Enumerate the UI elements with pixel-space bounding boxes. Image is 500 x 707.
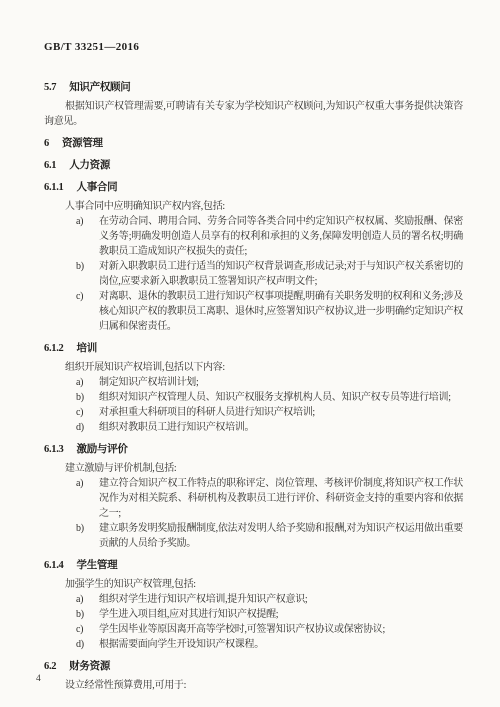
section-number: 6.2 <box>44 659 56 674</box>
section-number: 6.1.1 <box>44 180 64 195</box>
section-title: 培训 <box>77 343 97 354</box>
section-number: 6 <box>44 136 49 151</box>
list-item: b) 建立职务发明奖励报酬制度,依法对发明人给予奖励和报酬,对为知识产权运用做出… <box>44 521 463 551</box>
section-title: 知识产权顾问 <box>69 82 130 93</box>
list-item: b) 组织对知识产权管理人员、知识产权服务支撑机构人员、知识产权专员等进行培训; <box>44 390 463 405</box>
list-item: d) 根据需要面向学生开设知识产权课程。 <box>44 637 463 652</box>
list-item-text: 对新入职教职员工进行适当的知识产权背景调查,形成记录;对于与知识产权关系密切的岗… <box>99 261 463 287</box>
list-item: a) 制定知识产权培训计划; <box>44 375 463 390</box>
list-marker: d) <box>76 420 84 435</box>
list-item: c) 学生因毕业等原因离开高等学校时,可签署知识产权协议或保密协议; <box>44 622 463 637</box>
list-item: d) 组织对教职员工进行知识产权培训。 <box>44 420 463 435</box>
section-title: 资源管理 <box>62 138 103 149</box>
list-personnel-contract: a) 在劳动合同、聘用合同、劳务合同等各类合同中约定知识产权权属、奖励报酬、保密… <box>44 214 463 334</box>
list-marker: b) <box>76 607 84 622</box>
list-marker: a) <box>76 592 83 607</box>
section-heading-5-7: 5.7知识产权顾问 <box>44 80 463 95</box>
list-item: b) 学生进入项目组,应对其进行知识产权提醒; <box>44 607 463 622</box>
list-item: a) 建立符合知识产权工作特点的职称评定、岗位管理、考核评价制度,将知识产权工作… <box>44 476 463 521</box>
list-training: a) 制定知识产权培训计划; b) 组织对知识产权管理人员、知识产权服务支撑机构… <box>44 375 463 435</box>
list-item: c) 对离职、退休的教职员工进行知识产权事项提醒,明确有关职务发明的权利和义务;… <box>44 289 463 334</box>
list-student: a) 组织对学生进行知识产权培训,提升知识产权意识; b) 学生进入项目组,应对… <box>44 592 463 652</box>
section-heading-6-1-2: 6.1.2培训 <box>44 341 463 356</box>
list-marker: a) <box>76 214 83 229</box>
list-marker: c) <box>76 405 83 420</box>
section-heading-6-1: 6.1人力资源 <box>44 158 463 173</box>
list-item: a) 组织对学生进行知识产权培训,提升知识产权意识; <box>44 592 463 607</box>
paragraph-student-intro: 加强学生的知识产权管理,包括: <box>44 577 463 592</box>
list-marker: c) <box>76 289 83 304</box>
list-item-text: 组织对学生进行知识产权培训,提升知识产权意识; <box>99 594 307 605</box>
list-item: b) 对新入职教职员工进行适当的知识产权背景调查,形成记录;对于与知识产权关系密… <box>44 259 463 289</box>
section-title: 财务资源 <box>69 661 110 672</box>
section-number: 6.1 <box>44 158 56 173</box>
section-heading-6-2: 6.2财务资源 <box>44 659 463 674</box>
page-number: 4 <box>36 672 41 687</box>
section-title: 人力资源 <box>69 160 110 171</box>
list-item-text: 建立职务发明奖励报酬制度,依法对发明人给予奖励和报酬,对为知识产权运用做出重要贡… <box>99 523 463 549</box>
section-heading-6: 6资源管理 <box>44 136 463 151</box>
list-marker: d) <box>76 637 84 652</box>
list-item-text: 对离职、退休的教职员工进行知识产权事项提醒,明确有关职务发明的权利和义务;涉及核… <box>99 291 463 332</box>
list-item-text: 制定知识产权培训计划; <box>99 377 198 388</box>
paragraph-ip-advisor: 根据知识产权管理需要,可聘请有关专家为学校知识产权顾问,为知识产权重大事务提供决… <box>44 99 463 129</box>
list-item: a) 在劳动合同、聘用合同、劳务合同等各类合同中约定知识产权权属、奖励报酬、保密… <box>44 214 463 259</box>
list-item-text: 根据需要面向学生开设知识产权课程。 <box>99 639 264 650</box>
section-number: 6.1.2 <box>44 341 64 356</box>
section-heading-6-1-4: 6.1.4学生管理 <box>44 558 463 573</box>
paragraph-incentive-intro: 建立激励与评价机制,包括: <box>44 461 463 476</box>
list-incentive: a) 建立符合知识产权工作特点的职称评定、岗位管理、考核评价制度,将知识产权工作… <box>44 476 463 551</box>
list-item-text: 组织对教职员工进行知识产权培训。 <box>99 422 254 433</box>
section-number: 5.7 <box>44 80 56 95</box>
section-number: 6.1.3 <box>44 442 64 457</box>
paragraph-training-intro: 组织开展知识产权培训,包括以下内容: <box>44 360 463 375</box>
section-title: 激励与评价 <box>77 444 128 455</box>
list-marker: b) <box>76 390 84 405</box>
list-item-text: 学生进入项目组,应对其进行知识产权提醒; <box>99 609 278 620</box>
list-marker: c) <box>76 622 83 637</box>
list-marker: b) <box>76 259 84 274</box>
list-item-text: 建立符合知识产权工作特点的职称评定、岗位管理、考核评价制度,将知识产权工作状况作… <box>99 478 463 519</box>
paragraph-budget-intro: 设立经常性预算费用,可用于: <box>44 678 463 693</box>
list-marker: a) <box>76 476 83 491</box>
list-marker: b) <box>76 521 84 536</box>
list-marker: a) <box>76 375 83 390</box>
list-item-text: 组织对知识产权管理人员、知识产权服务支撑机构人员、知识产权专员等进行培训; <box>99 392 451 403</box>
section-title: 人事合同 <box>77 182 118 193</box>
section-number: 6.1.4 <box>44 558 64 573</box>
list-item-text: 学生因毕业等原因离开高等学校时,可签署知识产权协议或保密协议; <box>99 624 385 635</box>
section-heading-6-1-1: 6.1.1人事合同 <box>44 180 463 195</box>
section-heading-6-1-3: 6.1.3激励与评价 <box>44 442 463 457</box>
paragraph-personnel-contract-intro: 人事合同中应明确知识产权内容,包括: <box>44 199 463 214</box>
list-item-text: 对承担重大科研项目的科研人员进行知识产权培训; <box>99 407 315 418</box>
standard-number-header: GB/T 33251—2016 <box>44 40 463 55</box>
section-title: 学生管理 <box>77 560 118 571</box>
list-item-text: 在劳动合同、聘用合同、劳务合同等各类合同中约定知识产权权属、奖励报酬、保密义务等… <box>99 216 463 257</box>
document-page: GB/T 33251—2016 5.7知识产权顾问 根据知识产权管理需要,可聘请… <box>0 0 500 707</box>
list-item: c) 对承担重大科研项目的科研人员进行知识产权培训; <box>44 405 463 420</box>
